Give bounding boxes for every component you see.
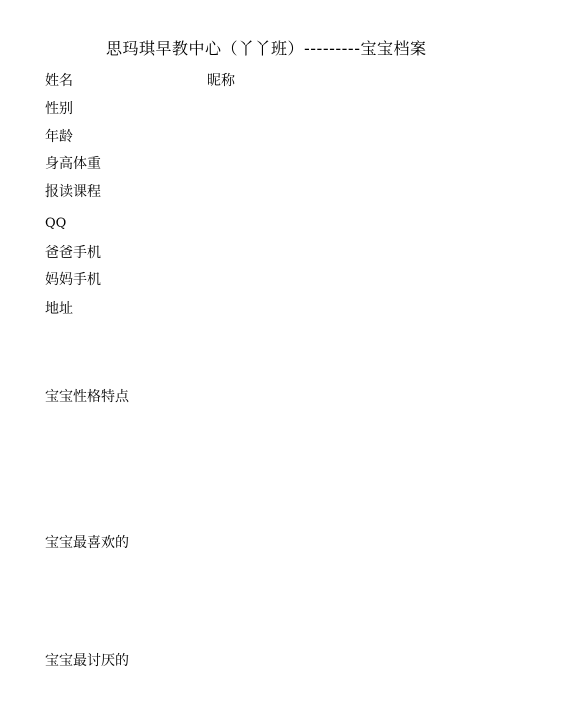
document-title: 思玛琪早教中心（丫丫班）---------宝宝档案: [106, 39, 426, 58]
height-weight-field-label: 身高体重: [45, 157, 101, 172]
favorites-field-label: 宝宝最喜欢的: [45, 536, 129, 551]
dislikes-field-label: 宝宝最讨厌的: [45, 654, 129, 669]
gender-field-label: 性别: [45, 102, 73, 117]
address-field-label: 地址: [45, 302, 73, 317]
nickname-field-label: 昵称: [207, 74, 235, 89]
name-field-label: 姓名: [45, 74, 73, 89]
personality-field-label: 宝宝性格特点: [45, 390, 129, 405]
dad-phone-field-label: 爸爸手机: [45, 246, 101, 261]
enrolled-course-field-label: 报读课程: [45, 185, 101, 200]
document-page: 思玛琪早教中心（丫丫班）---------宝宝档案 姓名 昵称 性别 年龄 身高…: [0, 0, 562, 727]
mom-phone-field-label: 妈妈手机: [45, 273, 101, 288]
qq-field-label: QQ: [45, 216, 66, 231]
age-field-label: 年龄: [45, 130, 73, 145]
